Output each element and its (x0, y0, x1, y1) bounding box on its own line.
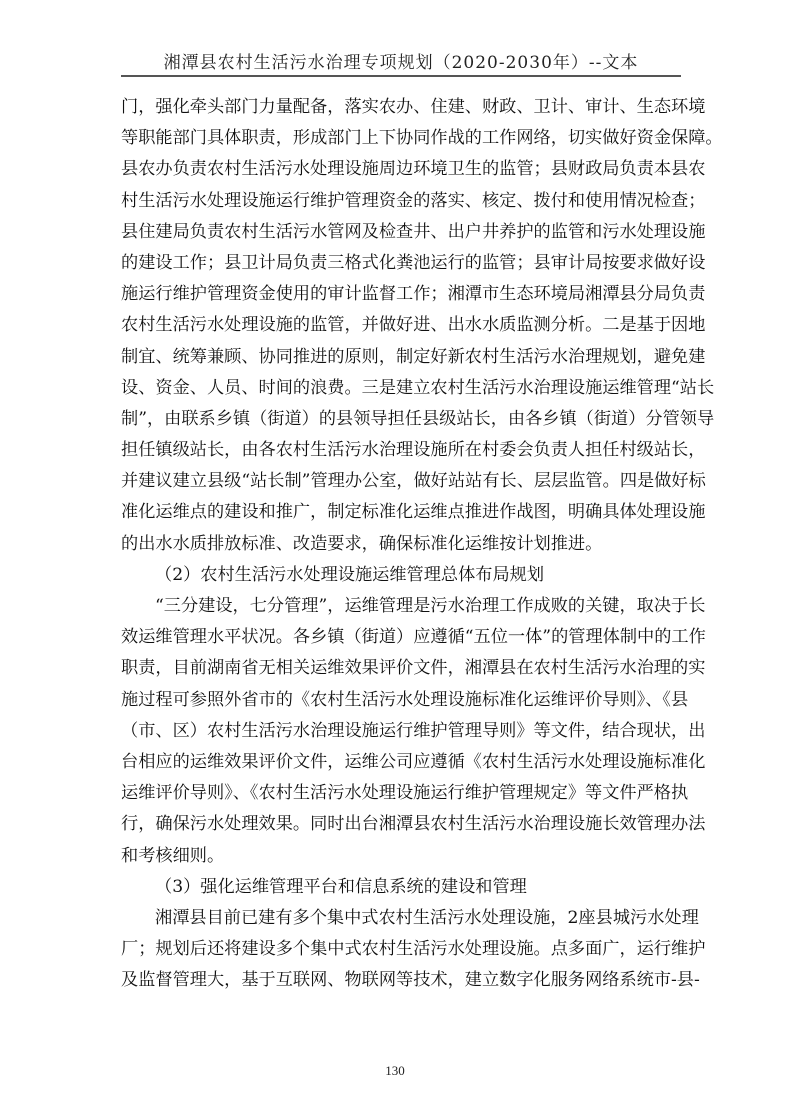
text-line: 的出水水质排放标准、改造要求，确保标准化运维按计划推进。 (121, 529, 681, 560)
text-line: 县住建局负责农村生活污水管网及检查井、出户井养护的监管和污水处理设施 (121, 217, 681, 248)
text-line: 及监督管理大，基于互联网、物联网等技术，建立数字化服务网络系统市-县- (121, 965, 681, 996)
text-line: 制”，由联系乡镇（街道）的县领导担任县级站长，由各乡镇（街道）分管领导 (121, 404, 681, 435)
body-text: 门，强化牵头部门力量配备，落实农办、住建、财政、卫计、审计、生态环境等职能部门具… (121, 92, 681, 996)
text-line: 门，强化牵头部门力量配备，落实农办、住建、财政、卫计、审计、生态环境 (121, 92, 681, 123)
text-line: 县农办负责农村生活污水处理设施周边环境卫生的监管；县财政局负责本县农 (121, 154, 681, 185)
text-line: 效运维管理水平状况。各乡镇（街道）应遵循“五位一体”的管理体制中的工作 (121, 622, 681, 653)
text-line: 厂；规划后还将建设多个集中式农村生活污水处理设施。点多面广，运行维护 (121, 934, 681, 965)
text-line: 并建议建立县级“站长制”管理办公室，做好站站有长、层层监管。四是做好标 (121, 466, 681, 497)
text-line: 的建设工作；县卫计局负责三格式化粪池运行的监管；县审计局按要求做好设 (121, 248, 681, 279)
page-number: 130 (0, 1063, 790, 1079)
text-line: 湘潭县目前已建有多个集中式农村生活污水处理设施，2座县城污水处理 (121, 903, 681, 934)
text-line: 和考核细则。 (121, 841, 681, 872)
text-line: 设、资金、人员、时间的浪费。三是建立农村生活污水治理设施运维管理“站长 (121, 373, 681, 404)
text-line: 台相应的运维效果评价文件，运维公司应遵循《农村生活污水处理设施标准化 (121, 747, 681, 778)
text-line: 村生活污水处理设施运行维护管理资金的落实、核定、拨付和使用情况检查； (121, 186, 681, 217)
section-heading: （2）农村生活污水处理设施运维管理总体布局规划 (121, 560, 681, 591)
text-line: 准化运维点的建设和推广，制定标准化运维点推进作战图，明确具体处理设施 (121, 497, 681, 528)
text-line: 等职能部门具体职责，形成部门上下协同作战的工作网络，切实做好资金保障。 (121, 123, 681, 154)
text-line: 担任镇级站长，由各农村生活污水治理设施所在村委会负责人担任村级站长， (121, 435, 681, 466)
section-heading: （3）强化运维管理平台和信息系统的建设和管理 (121, 872, 681, 903)
text-line: 施运行维护管理资金使用的审计监督工作；湘潭市生态环境局湘潭县分局负责 (121, 279, 681, 310)
text-line: 制宜、统筹兼顾、协同推进的原则，制定好新农村生活污水治理规划，避免建 (121, 342, 681, 373)
text-line: （市、区）农村生活污水治理设施运行维护管理导则》等文件，结合现状，出 (121, 716, 681, 747)
header-divider (121, 75, 681, 77)
text-line: “三分建设，七分管理”，运维管理是污水治理工作成败的关键，取决于长 (121, 591, 681, 622)
text-line: 运维评价导则》、《农村生活污水处理设施运行维护管理规定》等文件严格执 (121, 778, 681, 809)
text-line: 职责，目前湖南省无相关运维效果评价文件，湘潭县在农村生活污水治理的实 (121, 653, 681, 684)
text-line: 施过程可参照外省市的《农村生活污水处理设施标准化运维评价导则》、《县 (121, 685, 681, 716)
text-line: 行，确保污水处理效果。同时出台湘潭县农村生活污水治理设施长效管理办法 (121, 809, 681, 840)
running-header-title: 湘潭县农村生活污水治理专项规划（2020-2030年）--文本 (121, 48, 681, 73)
text-line: 农村生活污水处理设施的监管，并做好进、出水水质监测分析。二是基于因地 (121, 310, 681, 341)
